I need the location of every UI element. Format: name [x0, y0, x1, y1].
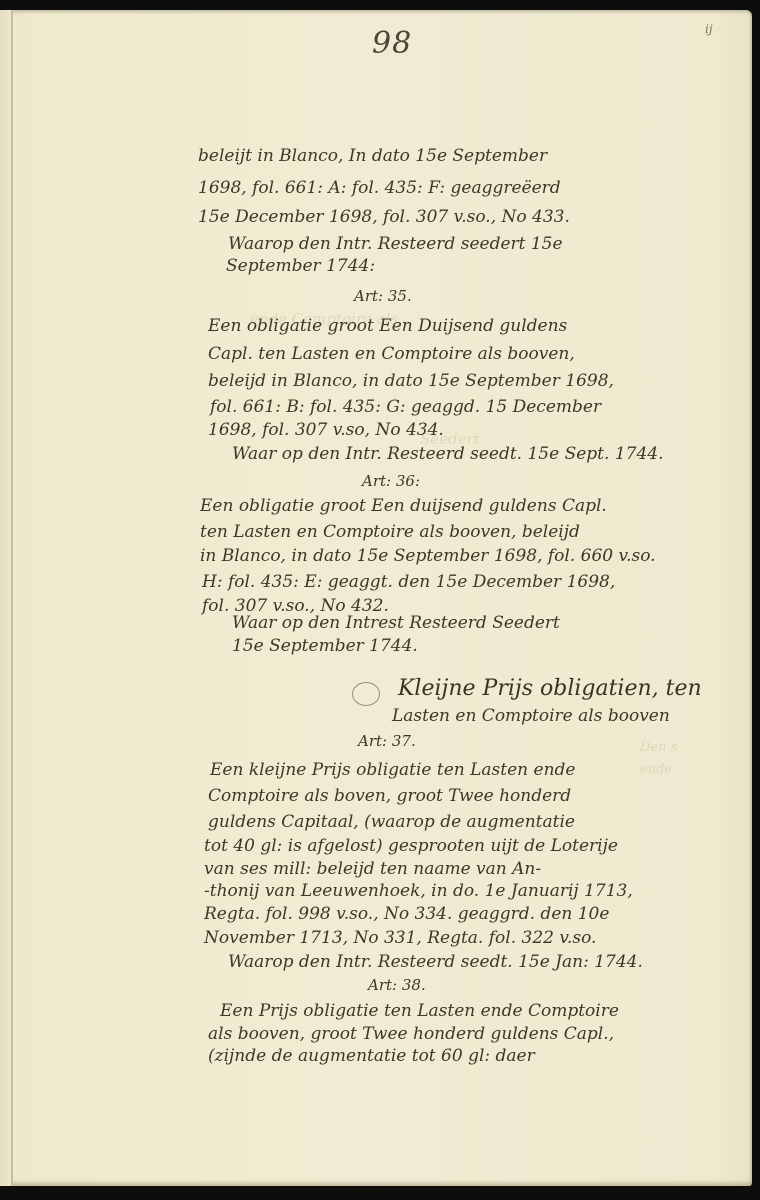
section-title: Kleijne Prijs obligatien, ten: [398, 678, 702, 700]
bleed-through-text: ende: [640, 762, 672, 777]
entry-line: fol. 661: B: fol. 435: G: geaggd. 15 Dec…: [210, 399, 601, 416]
article-heading: Art: 38.: [368, 978, 426, 993]
entry-line: H: fol. 435: E: geaggt. den 15e December…: [202, 574, 615, 591]
entry-line: als booven, groot Twee honderd guldens C…: [208, 1026, 614, 1043]
manuscript-page: Den s ende ende Comptoire als Seedert 98…: [0, 10, 752, 1186]
corner-mark: ij: [705, 22, 713, 36]
entry-line: 15e September 1744.: [232, 638, 418, 655]
folio-number: 98: [372, 26, 412, 61]
entry-line: Waarop den Intr. Resteerd seedert 15e: [228, 236, 563, 253]
entry-line: ten Lasten en Comptoire als booven, bele…: [200, 524, 580, 541]
article-heading: Art: 35.: [354, 289, 412, 304]
bleed-through-text: Den s: [640, 740, 677, 755]
entry-line: beleijd in Blanco, in dato 15e September…: [208, 373, 614, 390]
entry-line: in Blanco, in dato 15e September 1698, f…: [200, 548, 656, 565]
entry-line: Een kleijne Prijs obligatie ten Lasten e…: [210, 762, 575, 779]
manuscript-scan: Den s ende ende Comptoire als Seedert 98…: [0, 0, 760, 1200]
entry-line: van ses mill: beleijd ten naame van An-: [204, 861, 541, 878]
entry-line: beleijt in Blanco, In dato 15e September: [198, 148, 547, 165]
entry-line: Waar op den Intr. Resteerd seedt. 15e Se…: [232, 446, 663, 463]
entry-line: 1698, fol. 661: A: fol. 435: F: geaggreë…: [198, 180, 561, 197]
article-heading: Art: 36:: [362, 474, 420, 489]
entry-line: Waar op den Intrest Resteerd Seedert: [232, 615, 560, 632]
section-title: Lasten en Comptoire als booven: [392, 708, 670, 725]
entry-line: 15e December 1698, fol. 307 v.so., No 43…: [198, 209, 570, 226]
entry-line: -thonij van Leeuwenhoek, in do. 1e Janua…: [204, 883, 633, 900]
entry-line: 1698, fol. 307 v.so, No 434.: [208, 422, 444, 439]
entry-line: Waarop den Intr. Resteerd seedt. 15e Jan…: [228, 954, 643, 971]
entry-line: Een Prijs obligatie ten Lasten ende Comp…: [220, 1003, 619, 1020]
entry-line: guldens Capitaal, (waarop de augmentatie: [208, 814, 575, 831]
entry-line: (zijnde de augmentatie tot 60 gl: daer: [208, 1048, 535, 1065]
flourish-ornament: [352, 682, 380, 706]
binding-gutter: [0, 10, 11, 1186]
entry-line: Regta. fol. 998 v.so., No 334. geaggrd. …: [204, 906, 609, 923]
entry-line: Capl. ten Lasten en Comptoire als booven…: [208, 346, 575, 363]
binding-edge: [11, 10, 13, 1186]
entry-line: tot 40 gl: is afgelost) gesprooten uijt …: [204, 838, 618, 855]
entry-line: Een obligatie groot Een Duijsend guldens: [208, 318, 567, 335]
article-heading: Art: 37.: [358, 734, 416, 749]
entry-line: September 1744:: [226, 258, 375, 275]
entry-line: Comptoire als boven, groot Twee honderd: [208, 788, 571, 805]
entry-line: Een obligatie groot Een duijsend guldens…: [200, 498, 607, 515]
entry-line: November 1713, No 331, Regta. fol. 322 v…: [204, 930, 596, 947]
